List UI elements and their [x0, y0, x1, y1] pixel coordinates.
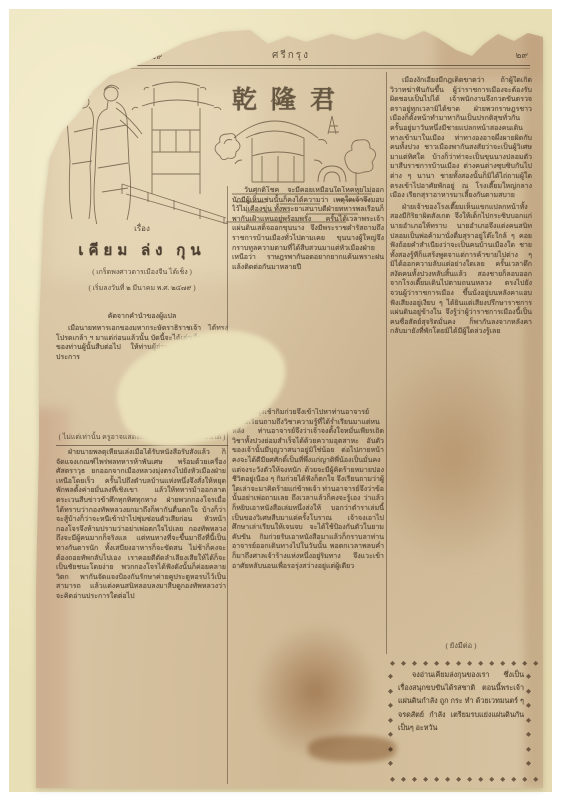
left-column-parenthetical-note: ( ไม่แต่เท่านั้น ครูอาจแสดงตนทรยศต่อแผ่น…: [56, 432, 228, 446]
right-column-body: เมืองงักเอี๋ยงมีกฎเด็ดขาดว่า ถ้าผู้ใดเกิ…: [390, 76, 532, 638]
middle-column-top-body: วันศุกดิโชค จะมีคอยเหมือนใดโหคหุยไม่ออก …: [232, 186, 384, 406]
paragraph: ฝ่ายเจ้าของโรงเตี๊ยมเห็นแขกแปลกหน้าทั้งส…: [390, 203, 532, 337]
date-line: วันที่ ๑๒ มิถุนายน พ.ศ. ๒๔๗๙: [56, 51, 163, 63]
advertisement-box: ◆ ◆ ◆ ◆ ◆ ◆ ◆ ◆ ◆ ◆ ◆ ◆ ◆ ◆ ◆ ◆ ◆ ◆ ◆◆◆◆…: [388, 660, 534, 784]
left-column-body: ฝ่ายนายพลตุเหี้ยนเล่งเมื่อได้รับหนังสือร…: [56, 448, 226, 784]
left-column-intro-paragraph: เมื่อนายทหารเอกของมหากระษัตราธิราชเจ้า ไ…: [56, 324, 228, 406]
paragraph: วันศุกดิโชค จะมีคอยเหมือนใดโหคหุยไม่ออก …: [232, 186, 384, 272]
page-number: ๒๙: [515, 48, 528, 62]
paragraph: ครั้นรุ่งเช้ากิมก่วยจึงเข้าไปหาท่านอาจาร…: [232, 408, 384, 571]
column-divider-right: [386, 72, 387, 654]
paragraph: เมืองงักเอี๋ยงมีกฎเด็ดขาดว่า ถ้าผู้ใดเกิ…: [390, 76, 532, 201]
ornament-border-right: ◆◆◆◆◆◆◆: [526, 670, 534, 772]
left-column-intro-heading: คัดจากคำนำของผู้แปล: [56, 312, 228, 322]
story-title-block: เรื่อง เคียม ล่ง กุน ( เกร็ดพงศาวดารเมือ…: [56, 222, 228, 294]
paragraph: เมื่อนายทหารเอกของมหากระษัตราธิราชเจ้า ไ…: [56, 324, 228, 362]
story-title: เคียม ล่ง กุน: [56, 238, 228, 262]
paragraph: ฝ่ายนายพลตุเหี้ยนเล่งเมื่อได้รับหนังสือร…: [56, 448, 226, 602]
middle-column-lower-body: ครั้นรุ่งเช้ากิมก่วยจึงเข้าไปหาท่านอาจาร…: [232, 408, 384, 784]
ornament-border-top: ◆ ◆ ◆ ◆ ◆ ◆ ◆ ◆ ◆ ◆ ◆ ◆ ◆ ◆ ◆ ◆ ◆ ◆: [390, 660, 561, 668]
advertisement-text: จงอ่านเคียมล่งกุนของเรา ซึ่งเป็นเรื่องสน…: [398, 669, 524, 775]
ornament-border-left: ◆◆◆◆◆◆◆: [388, 670, 396, 772]
advertisement-line: จงอ่านเคียมล่งกุนของเรา ซึ่งเป็นเรื่องสน…: [398, 669, 524, 735]
page-header: วันที่ ๑๒ มิถุนายน พ.ศ. ๒๔๗๙ ศรีกรุง ๒๙: [52, 48, 530, 64]
masthead-title: ศรีกรุง: [52, 48, 530, 63]
story-subtitle-2: ( เริ่มลงวันที่ ๒ มีนาคม พ.ศ. ๒๔๗๙ ): [56, 283, 228, 294]
ornament-border-bottom: ◆ ◆ ◆ ◆ ◆ ◆ ◆ ◆ ◆ ◆ ◆ ◆ ◆ ◆ ◆ ◆ ◆ ◆: [390, 776, 561, 784]
chinese-story-title: 乾隆君: [232, 80, 362, 116]
newspaper-sheet-wrap: วันที่ ๑๒ มิถุนายน พ.ศ. ๒๔๗๙ ศรีกรุง ๒๙: [36, 28, 543, 788]
scanned-newspaper-page: วันที่ ๑๒ มิถุนายน พ.ศ. ๒๔๗๙ ศรีกรุง ๒๙: [0, 0, 561, 800]
story-subtitle-1: ( เกร็ดพงศาวดารเมืองจีน ไต้เช็ง ): [56, 267, 228, 278]
header-rule: [52, 65, 530, 69]
continued-marker: ( ยังมีต่อ ): [390, 640, 532, 652]
newspaper-sheet: วันที่ ๑๒ มิถุนายน พ.ศ. ๒๔๗๙ ศรีกรุง ๒๙: [36, 28, 543, 788]
story-label: เรื่อง: [56, 222, 228, 235]
